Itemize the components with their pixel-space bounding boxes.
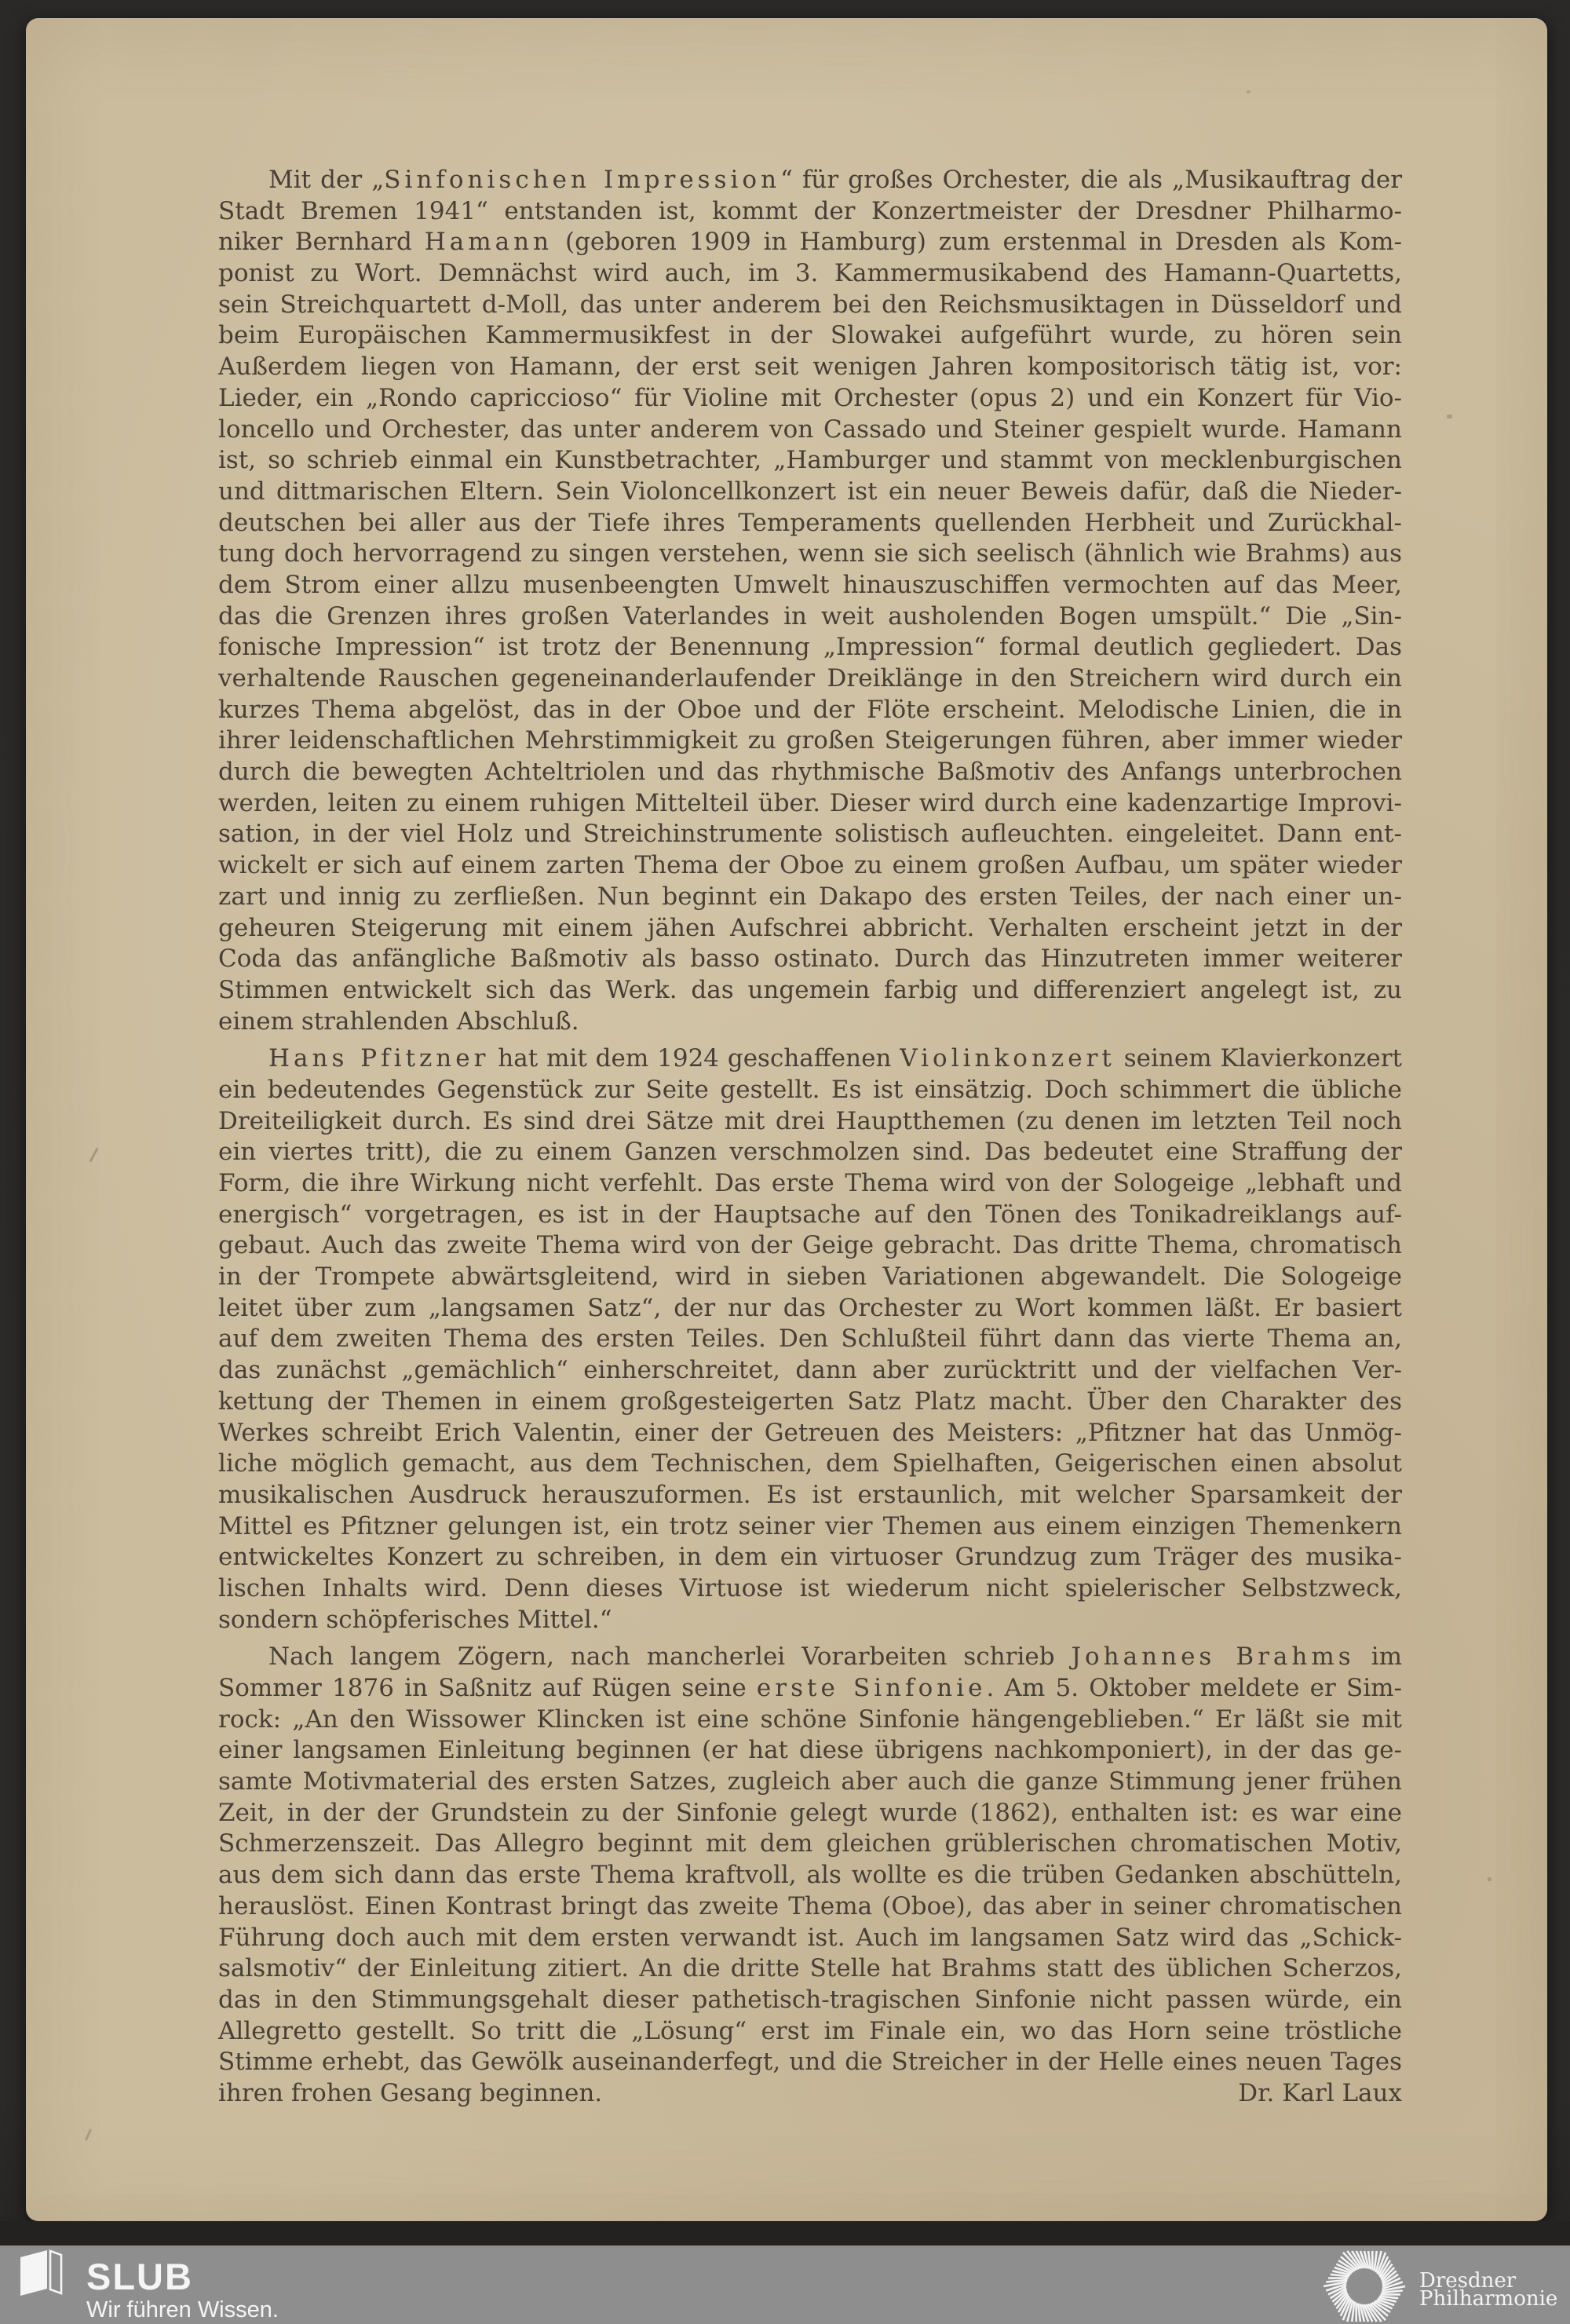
text-line: werden, leiten zu einem ruhigen Mittelte… [218, 788, 1402, 820]
text-line: niker Bernhard Hamann (geboren 1909 in H… [218, 227, 1402, 258]
text-line: samte Motivmaterial des ersten Satzes, z… [218, 1767, 1402, 1798]
page-text: Mit der „Sinfonischen Impression“ für gr… [218, 165, 1402, 2110]
text-line: deutschen bei aller aus der Tiefe ihres … [218, 508, 1402, 539]
text-line: Mit der „Sinfonischen Impression“ für gr… [218, 165, 1402, 196]
text-line: ihren frohen Gesang beginnen.Dr. Karl La… [218, 2078, 1402, 2110]
paper-speck [89, 1147, 98, 1162]
paper-speck [1488, 1877, 1491, 1881]
text-line: Stadt Bremen 1941“ entstanden ist, kommt… [218, 196, 1402, 228]
text-line: ihrer leidenschaftlichen Mehrstimmigkeit… [218, 725, 1402, 757]
text-line: dem Strom einer allzu musenbeengten Umwe… [218, 570, 1402, 601]
closing-line: ihren frohen Gesang beginnen. [218, 2078, 602, 2110]
footer-bar: SLUB Wir führen Wissen. Dresdner Philhar… [0, 2245, 1570, 2324]
text-line: ponist zu Wort. Demnächst wird auch, im … [218, 258, 1402, 290]
text-line: aus dem sich dann das erste Thema kraftv… [218, 1860, 1402, 1891]
paper-speck [1247, 90, 1251, 93]
slub-logo-text: SLUB [86, 2255, 193, 2298]
philharmonie-sunburst-icon [1320, 2245, 1408, 2324]
text-line: wickelt er sich auf einem zarten Thema d… [218, 850, 1402, 882]
text-line: Werkes schreibt Erich Valentin, einer de… [218, 1418, 1402, 1449]
text-line: geheuren Steigerung mit einem jähen Aufs… [218, 913, 1402, 945]
text-line: Dreiteiligkeit durch. Es sind drei Sätze… [218, 1106, 1402, 1138]
text-line: Sommer 1876 in Saßnitz auf Rügen seine e… [218, 1673, 1402, 1705]
text-line: ein viertes tritt), die zu einem Ganzen … [218, 1137, 1402, 1168]
text-line: das in den Stimmungsgehalt dieser pathet… [218, 1985, 1402, 2016]
text-line: liche möglich gemacht, aus dem Technisch… [218, 1449, 1402, 1480]
text-line: verhaltende Rauschen gegeneinanderlaufen… [218, 663, 1402, 695]
philharmonie-logo-text: Dresdner Philharmonie [1419, 2272, 1557, 2308]
paragraph: Hans Pfitzner hat mit dem 1924 geschaffe… [218, 1043, 1402, 1635]
slub-tagline: Wir führen Wissen. [86, 2297, 279, 2323]
paragraph: Nach langem Zögern, nach mancherlei Vora… [218, 1642, 1402, 2109]
text-line: rock: „An den Wissower Klincken ist eine… [218, 1705, 1402, 1736]
text-line: auf dem zweiten Thema des ersten Teiles.… [218, 1324, 1402, 1355]
text-line: Außerdem liegen von Hamann, der erst sei… [218, 352, 1402, 383]
text-line: Stimme erhebt, das Gewölk auseinanderfeg… [218, 2047, 1402, 2078]
text-line: leitet über zum „langsamen Satz“, der nu… [218, 1293, 1402, 1325]
text-line: ein bedeutendes Gegenstück zur Seite ges… [218, 1075, 1402, 1106]
text-line: Mittel es Pfitzner gelungen ist, ein tro… [218, 1511, 1402, 1543]
text-line: beim Europäischen Kammermusikfest in der… [218, 320, 1402, 352]
slub-book-icon [20, 2249, 63, 2298]
text-line: zart und innig zu zerfließen. Nun beginn… [218, 882, 1402, 913]
text-line: Hans Pfitzner hat mit dem 1924 geschaffe… [218, 1043, 1402, 1075]
text-line: und dittmarischen Eltern. Sein Violoncel… [218, 477, 1402, 508]
scanned-page: Mit der „Sinfonischen Impression“ für gr… [26, 18, 1547, 2221]
signature: Dr. Karl Laux [1238, 2078, 1402, 2110]
text-line: Zeit, in der der Grundstein zu der Sinfo… [218, 1798, 1402, 1829]
text-line: gebaut. Auch das zweite Thema wird von d… [218, 1230, 1402, 1262]
paper-speck [1447, 415, 1452, 418]
text-line: Coda das anfängliche Baßmotiv als basso … [218, 944, 1402, 975]
text-line: Schmerzenszeit. Das Allegro beginnt mit … [218, 1829, 1402, 1860]
text-line: ist, so schrieb einmal ein Kunstbetracht… [218, 445, 1402, 477]
paper-speck [85, 2129, 92, 2141]
text-line: Führung doch auch mit dem ersten verwand… [218, 1923, 1402, 1954]
paragraph: Mit der „Sinfonischen Impression“ für gr… [218, 165, 1402, 1037]
text-line: sondern schöpferisches Mittel.“ [218, 1605, 1402, 1636]
text-line: Lieder, ein „Rondo capriccioso“ für Viol… [218, 383, 1402, 415]
text-line: sein Streichquartett d-Moll, das unter a… [218, 290, 1402, 321]
text-line: herauslöst. Einen Kontrast bringt das zw… [218, 1891, 1402, 1923]
text-line: Stimmen entwickelt sich das Werk. das un… [218, 975, 1402, 1007]
text-line: Allegretto gestellt. So tritt die „Lösun… [218, 2016, 1402, 2048]
text-line: Form, die ihre Wirkung nicht verfehlt. D… [218, 1168, 1402, 1200]
text-line: in der Trompete abwärtsgleitend, wird in… [218, 1262, 1402, 1293]
text-line: lischen Inhalts wird. Denn dieses Virtuo… [218, 1573, 1402, 1605]
text-line: energisch“ vorgetragen, es ist in der Ha… [218, 1200, 1402, 1231]
text-line: sation, in der viel Holz und Streichinst… [218, 819, 1402, 850]
text-line: durch die bewegten Achteltriolen und das… [218, 757, 1402, 788]
text-line: loncello und Orchester, das unter andere… [218, 415, 1402, 446]
text-line: kettung der Themen in einem großgesteige… [218, 1387, 1402, 1418]
text-line: einem strahlenden Abschluß. [218, 1007, 1402, 1038]
text-line: einer langsamen Einleitung beginnen (er … [218, 1735, 1402, 1767]
text-line: tung doch hervorragend zu singen versteh… [218, 539, 1402, 570]
philharmonie-name-line2: Philharmonie [1419, 2290, 1557, 2308]
scan-bottom-shadow [0, 2221, 1570, 2245]
text-line: fonische Impression“ ist trotz der Benen… [218, 632, 1402, 663]
text-line: das die Grenzen ihres großen Vaterlandes… [218, 601, 1402, 633]
text-line: Nach langem Zögern, nach mancherlei Vora… [218, 1642, 1402, 1673]
viewer-stage: Mit der „Sinfonischen Impression“ für gr… [0, 0, 1570, 2324]
text-line: salsmotiv“ der Einleitung zitiert. An di… [218, 1953, 1402, 1985]
text-line: das zunächst „gemächlich“ einherschreite… [218, 1355, 1402, 1387]
text-line: kurzes Thema abgelöst, das in der Oboe u… [218, 695, 1402, 726]
text-line: musikalischen Ausdruck herauszuformen. E… [218, 1480, 1402, 1511]
text-line: entwickeltes Konzert zu schreiben, in de… [218, 1542, 1402, 1573]
